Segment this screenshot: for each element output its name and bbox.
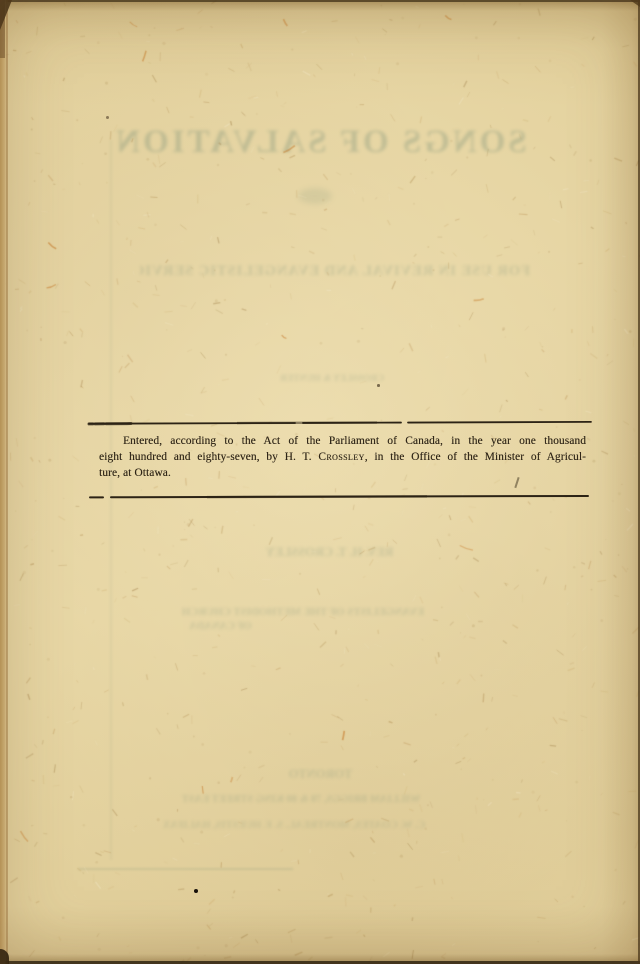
notice-line-2-start: eight hundred and eighty-seven, by H. T. bbox=[99, 451, 318, 463]
notice-line-2-end: , in the Office of the Minister of Agric… bbox=[365, 451, 586, 463]
notice-line-3: ture, at Ottawa. bbox=[99, 466, 586, 482]
horizontal-rule-bottom bbox=[87, 494, 593, 501]
copyright-notice-text: Entered, according to the Act of the Par… bbox=[99, 434, 586, 482]
book-page: SONGS OF SALVATION FOR USE IN REVIVAL AN… bbox=[0, 0, 640, 964]
notice-line-2: eight hundred and eighty-seven, by H. T.… bbox=[99, 450, 586, 466]
copyright-notice: Entered, according to the Act of the Par… bbox=[0, 0, 640, 964]
author-name: Crossley bbox=[318, 451, 364, 463]
horizontal-rule-top bbox=[87, 419, 593, 426]
notice-line-1: Entered, according to the Act of the Par… bbox=[99, 434, 586, 450]
